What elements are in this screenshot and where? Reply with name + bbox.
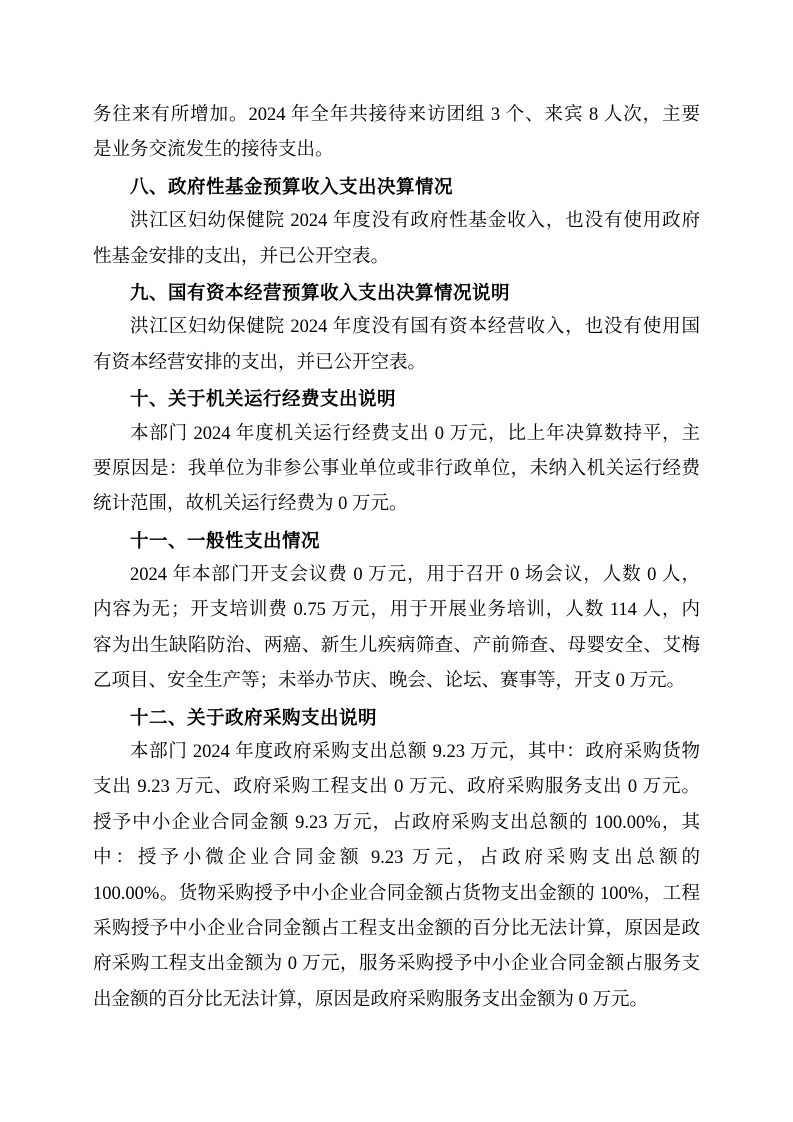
document-content: 务往来有所增加。2024 年全年共接待来访团组 3 个、来宾 8 人次，主要是业… [93,98,700,1018]
text-line: 统计范围，故机关运行经费为 0 万元。 [93,487,700,522]
section-heading: 十一、一般性支出情况 [93,523,700,558]
text-line: 授予中小企业合同金额 9.23 万元，占政府采购支出总额的 100.00%，其 [93,806,700,841]
heading-line: 九、国有资本经营预算收入支出决算情况说明 [93,275,700,310]
text-line: 洪江区妇幼保健院 2024 年度没有政府性基金收入，也没有使用政府 [93,204,700,239]
text-line: 中：授予小微企业合同金额 9.23 万元，占政府采购支出总额的 [93,841,700,876]
section-heading: 八、政府性基金预算收入支出决算情况 [93,169,700,204]
heading-line: 八、政府性基金预算收入支出决算情况 [93,169,700,204]
paragraph: 洪江区妇幼保健院 2024 年度没有国有资本经营收入，也没有使用国有资本经营安排… [93,310,700,381]
text-line: 本部门 2024 年度政府采购支出总额 9.23 万元，其中：政府采购货物 [93,735,700,770]
paragraph: 2024 年本部门开支会议费 0 万元，用于召开 0 场会议，人数 0 人，内容… [93,558,700,700]
text-line: 洪江区妇幼保健院 2024 年度没有国有资本经营收入，也没有使用国 [93,310,700,345]
text-line: 务往来有所增加。2024 年全年共接待来访团组 3 个、来宾 8 人次，主要 [93,98,700,133]
paragraph: 本部门 2024 年度机关运行经费支出 0 万元，比上年决算数持平，主要原因是：… [93,417,700,523]
text-line: 采购授予中小企业合同金额占工程支出金额的百分比无法计算，原因是政 [93,912,700,947]
heading-line: 十二、关于政府采购支出说明 [93,700,700,735]
text-line: 有资本经营安排的支出，并已公开空表。 [93,346,700,381]
heading-line: 十一、一般性支出情况 [93,523,700,558]
section-heading: 九、国有资本经营预算收入支出决算情况说明 [93,275,700,310]
heading-line: 十、关于机关运行经费支出说明 [93,381,700,416]
paragraph: 洪江区妇幼保健院 2024 年度没有政府性基金收入，也没有使用政府性基金安排的支… [93,204,700,275]
text-line: 要原因是：我单位为非参公事业单位或非行政单位，未纳入机关运行经费 [93,452,700,487]
text-line: 乙项目、安全生产等；未举办节庆、晚会、论坛、赛事等，开支 0 万元。 [93,664,700,699]
text-line: 是业务交流发生的接待支出。 [93,133,700,168]
document-page: 务往来有所增加。2024 年全年共接待来访团组 3 个、来宾 8 人次，主要是业… [0,0,793,1122]
paragraph: 本部门 2024 年度政府采购支出总额 9.23 万元，其中：政府采购货物支出 … [93,735,700,1018]
paragraph: 务往来有所增加。2024 年全年共接待来访团组 3 个、来宾 8 人次，主要是业… [93,98,700,169]
text-line: 支出 9.23 万元、政府采购工程支出 0 万元、政府采购服务支出 0 万元。 [93,770,700,805]
text-line: 100.00%。货物采购授予中小企业合同金额占货物支出金额的 100%，工程 [93,877,700,912]
text-line: 出金额的百分比无法计算，原因是政府采购服务支出金额为 0 万元。 [93,983,700,1018]
text-line: 内容为无；开支培训费 0.75 万元，用于开展业务培训，人数 114 人，内 [93,593,700,628]
text-line: 本部门 2024 年度机关运行经费支出 0 万元，比上年决算数持平，主 [93,417,700,452]
text-line: 容为出生缺陷防治、两癌、新生儿疾病筛查、产前筛查、母婴安全、艾梅 [93,629,700,664]
text-line: 2024 年本部门开支会议费 0 万元，用于召开 0 场会议，人数 0 人， [93,558,700,593]
section-heading: 十、关于机关运行经费支出说明 [93,381,700,416]
text-line: 性基金安排的支出，并已公开空表。 [93,240,700,275]
section-heading: 十二、关于政府采购支出说明 [93,700,700,735]
text-line: 府采购工程支出金额为 0 万元，服务采购授予中小企业合同金额占服务支 [93,947,700,982]
